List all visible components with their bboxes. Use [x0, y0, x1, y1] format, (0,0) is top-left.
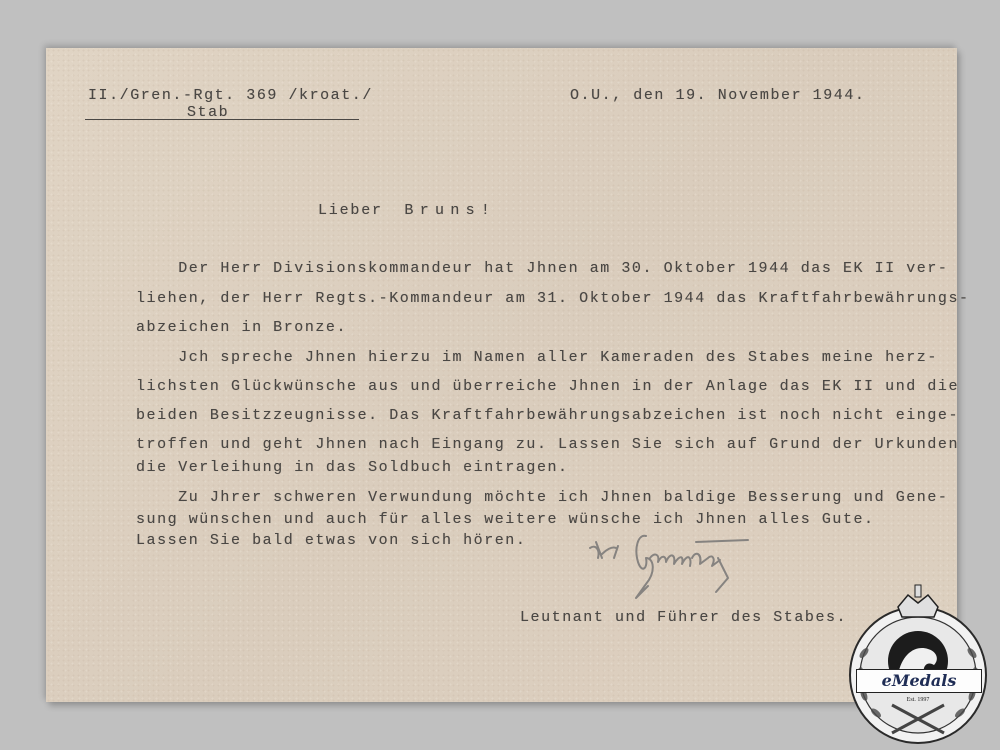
badge-est: Est. 1997 — [907, 697, 930, 703]
emedals-watermark: Est. 1997 eMedals — [842, 583, 994, 747]
emedals-brand: eMedals — [856, 669, 982, 693]
body-line: die Verleihung in das Soldbuch eintragen… — [136, 460, 569, 475]
body-line: lichsten Glückwünsche aus und überreiche… — [136, 379, 959, 394]
body-line: sung wünschen und auch für alles weitere… — [136, 512, 875, 527]
body-line: troffen und geht Jhnen nach Eingang zu. … — [136, 437, 959, 452]
salutation: Lieber Bruns! — [318, 203, 496, 218]
letter-paper — [46, 48, 957, 702]
unit-header-line2: Stab — [187, 105, 229, 120]
body-line: Jch spreche Jhnen hierzu im Namen aller … — [136, 350, 938, 365]
salutation-name: Bruns! — [404, 202, 496, 219]
closing-title: Leutnant und Führer des Stabes. — [520, 610, 847, 625]
body-line: Der Herr Divisionskommandeur hat Jhnen a… — [136, 261, 948, 276]
unit-header-line1: II./Gren.-Rgt. 369 /kroat./ — [88, 88, 373, 103]
body-line: Lassen Sie bald etwas von sich hören. — [136, 533, 526, 548]
body-line: beiden Besitzzeugnisse. Das Kraftfahrbew… — [136, 408, 959, 423]
dateline: O.U., den 19. November 1944. — [570, 88, 865, 103]
body-line: abzeichen in Bronze. — [136, 320, 347, 335]
salutation-prefix: Lieber — [318, 202, 383, 219]
body-line: liehen, der Herr Regts.-Kommandeur am 31… — [136, 291, 970, 306]
emedals-badge-icon: Est. 1997 — [842, 583, 994, 747]
body-line: Zu Jhrer schweren Verwundung möchte ich … — [136, 490, 948, 505]
header-underline — [85, 119, 359, 120]
pencil-signature — [588, 528, 778, 608]
